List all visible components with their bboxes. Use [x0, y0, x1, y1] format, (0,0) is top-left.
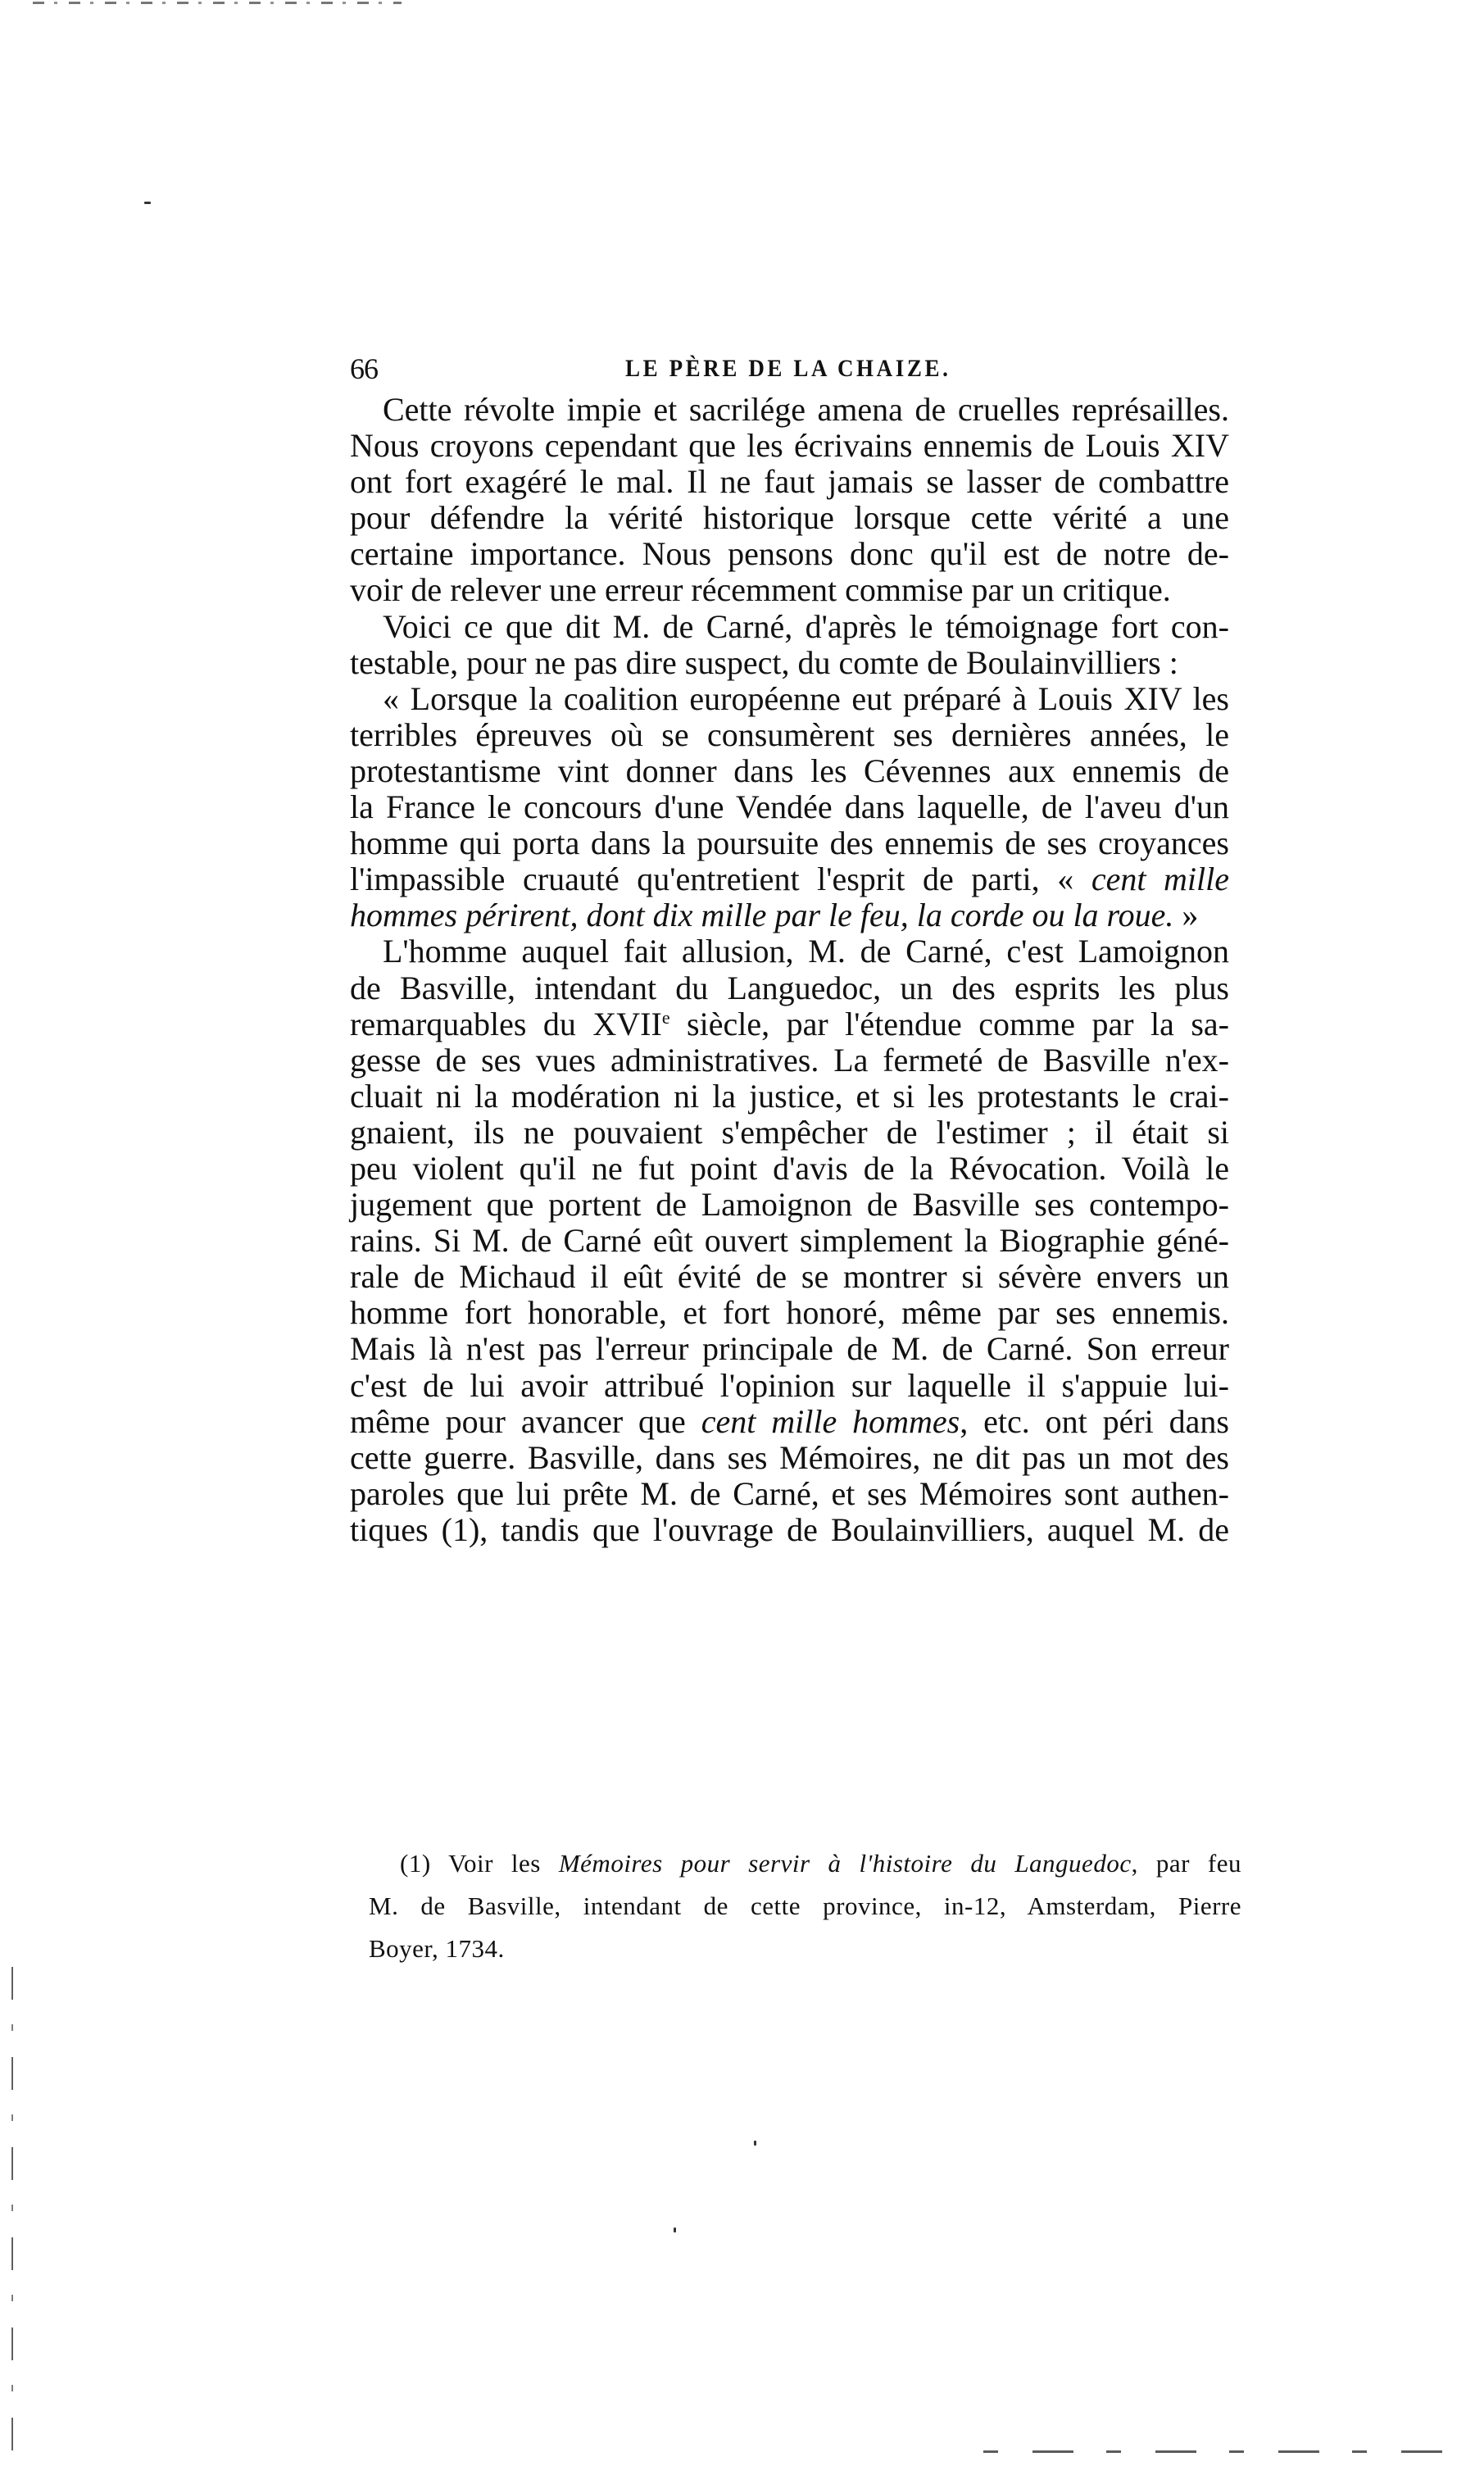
- footnote: (1) Voir les Mémoires pour servir à l'hi…: [369, 1842, 1241, 1970]
- text-line: la France le concours d'une Vendée dans …: [350, 789, 1229, 825]
- text-segment: siècle, par l'étendue comme par la sa-: [670, 1006, 1229, 1042]
- text-line: pour défendre la vérité historique lorsq…: [350, 500, 1229, 536]
- text-line: ont fort exagéré le mal. Il ne faut jama…: [350, 464, 1229, 500]
- text-segment: l'impassible cruauté qu'entretient l'esp…: [350, 861, 1073, 897]
- text-line: cette guerre. Basville, dans ses Mémoire…: [350, 1440, 1229, 1476]
- scan-speck: [144, 202, 151, 204]
- text-line: Cette révolte impie et sacrilége amena d…: [350, 392, 1229, 428]
- footnote-line: M. de Basville, intendant de cette provi…: [369, 1885, 1241, 1928]
- scan-speck: [754, 2141, 756, 2146]
- text-line: voir de relever une erreur récemment com…: [350, 572, 1229, 608]
- text-line: Nous croyons cependant que les écrivains…: [350, 428, 1229, 464]
- text-line: homme fort honorable, et fort honoré, mê…: [350, 1295, 1229, 1331]
- text-line: de Basville, intendant du Languedoc, un …: [350, 970, 1229, 1006]
- text-line: « Lorsque la coalition européenne eut pr…: [350, 681, 1229, 717]
- text-line: rale de Michaud il eût évité de se montr…: [350, 1259, 1229, 1295]
- running-head: 66 LE PÈRE DE LA CHAIZE.: [350, 351, 1229, 387]
- text-line: testable, pour ne pas dire suspect, du c…: [350, 645, 1229, 681]
- text-line: Mais là n'est pas l'erreur principale de…: [350, 1331, 1229, 1367]
- text-line: même pour avancer que cent mille hommes,…: [350, 1404, 1229, 1440]
- text-line: L'homme auquel fait allusion, M. de Carn…: [350, 933, 1229, 970]
- closing-quote: »: [1173, 897, 1198, 933]
- text-line: terribles épreuves où se consumèrent ses…: [350, 717, 1229, 753]
- superscript: e: [662, 1007, 670, 1028]
- text-line: c'est de lui avoir attribué l'opinion su…: [350, 1368, 1229, 1404]
- page-number: 66: [350, 351, 378, 387]
- text-segment: remarquables du XVII: [350, 1006, 662, 1042]
- running-title: LE PÈRE DE LA CHAIZE.: [625, 351, 951, 387]
- italic-quote: hommes périrent, dont dix mille par le f…: [350, 897, 1173, 933]
- footnote-cited-title: Mémoires pour servir à l'histoire du Lan…: [559, 1849, 1132, 1878]
- text-line: tiques (1), tandis que l'ouvrage de Boul…: [350, 1512, 1229, 1548]
- text-line: cluait ni la modération ni la justice, e…: [350, 1079, 1229, 1115]
- book-page: 66 LE PÈRE DE LA CHAIZE. Cette révolte i…: [0, 0, 1484, 2466]
- footnote-line: (1) Voir les Mémoires pour servir à l'hi…: [369, 1842, 1241, 1885]
- text-line: hommes périrent, dont dix mille par le f…: [350, 897, 1229, 933]
- italic-phrase: cent mille hommes: [701, 1403, 960, 1440]
- footnote-line: Boyer, 1734.: [369, 1928, 1241, 1970]
- text-line: rains. Si M. de Carné eût ouvert simplem…: [350, 1223, 1229, 1259]
- body-text: Cette révolte impie et sacrilége amena d…: [350, 392, 1229, 1548]
- text-line: peu violent qu'il ne fut point d'avis de…: [350, 1151, 1229, 1187]
- scan-artifact-bottom-edge: [983, 2450, 1442, 2453]
- text-line: gnaient, ils ne pouvaient s'empêcher de …: [350, 1115, 1229, 1151]
- footnote-text: , par feu: [1132, 1849, 1241, 1878]
- text-line: Voici ce que dit M. de Carné, d'après le…: [350, 609, 1229, 645]
- text-segment: , etc. ont péri dans: [960, 1403, 1229, 1440]
- text-line: certaine importance. Nous pensons donc q…: [350, 536, 1229, 572]
- text-line: remarquables du XVIIe siècle, par l'éten…: [350, 1006, 1229, 1042]
- scan-artifact-left-edge: [11, 1967, 13, 2459]
- text-line: jugement que portent de Lamoignon de Bas…: [350, 1187, 1229, 1223]
- text-segment: même pour avancer que: [350, 1403, 701, 1440]
- text-line: l'impassible cruauté qu'entretient l'esp…: [350, 861, 1229, 897]
- text-line: paroles que lui prête M. de Carné, et se…: [350, 1476, 1229, 1512]
- footnote-marker: (1): [400, 1849, 431, 1878]
- italic-quote: cent mille: [1091, 861, 1229, 897]
- scan-artifact-top-edge: [33, 2, 402, 4]
- text-line: protestantisme vint donner dans les Céve…: [350, 753, 1229, 789]
- footnote-text: Voir les: [448, 1849, 559, 1878]
- text-line: homme qui porta dans la poursuite des en…: [350, 825, 1229, 861]
- scan-speck: [674, 2228, 676, 2232]
- text-line: gesse de ses vues administratives. La fe…: [350, 1042, 1229, 1079]
